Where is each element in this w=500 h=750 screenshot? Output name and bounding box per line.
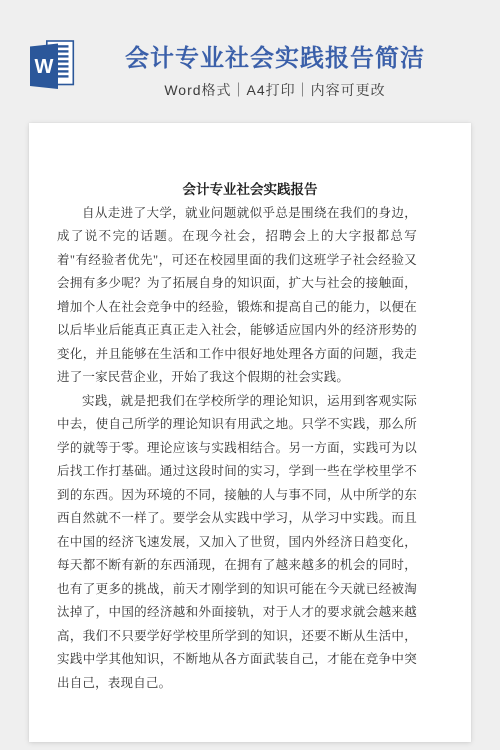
page-title: 会计专业社会实践报告简洁 — [50, 45, 500, 73]
document-title: 会计专业社会实践报告 — [57, 178, 443, 202]
document-body: 自从走进了大学，就业问题就似乎总是围绕在我们的身边，成了说不完的话题。在现今社会… — [57, 202, 417, 696]
document-page: 会计专业社会实践报告 自从走进了大学，就业问题就似乎总是围绕在我们的身边，成了说… — [29, 123, 471, 742]
template-preview-screen: W 会计专业社会实践报告简洁 Word格式｜A4打印｜内容可更改 会计专业社会实… — [0, 0, 500, 750]
page-subtitle: Word格式｜A4打印｜内容可更改 — [50, 80, 500, 100]
header-text: 会计专业社会实践报告简洁 Word格式｜A4打印｜内容可更改 — [50, 45, 500, 100]
document-paragraph-1: 自从走进了大学，就业问题就似乎总是围绕在我们的身边，成了说不完的话题。在现今社会… — [57, 202, 417, 390]
document-paragraph-2: 实践，就是把我们在学校所学的理论知识，运用到客观实际中去，使自己所学的理论知识有… — [57, 390, 417, 696]
header: W 会计专业社会实践报告简洁 Word格式｜A4打印｜内容可更改 — [0, 0, 500, 123]
